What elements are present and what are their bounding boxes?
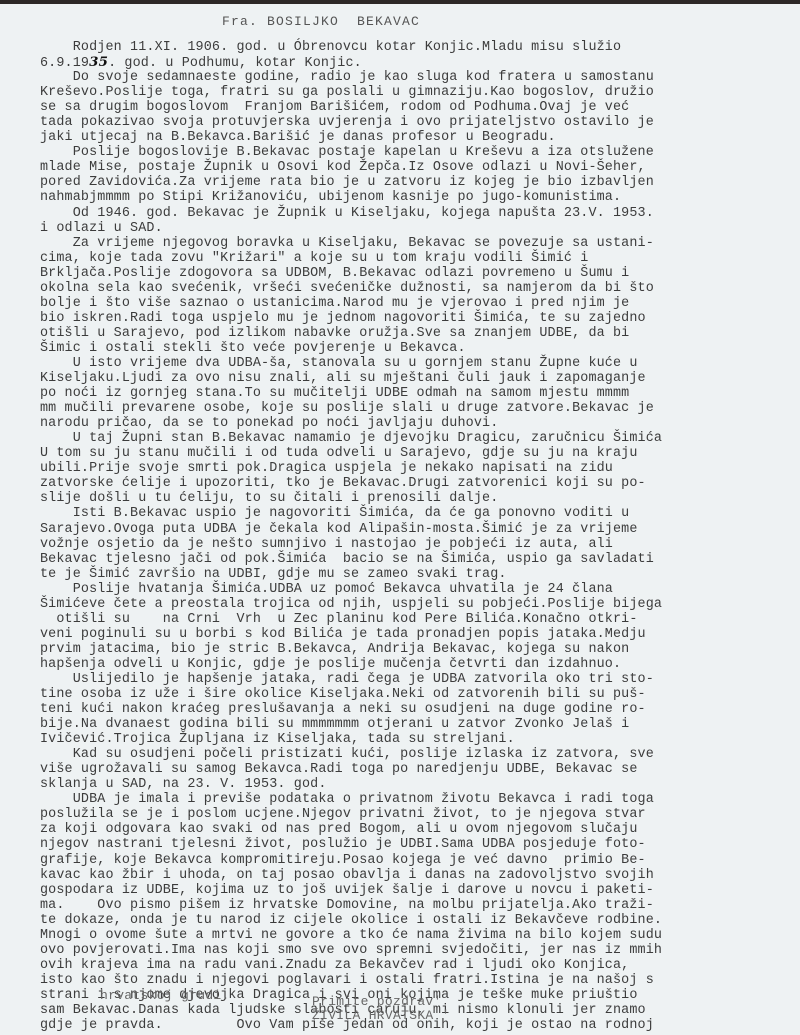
text-line: prvim jatacima, bio je stric B.Bekavca, …	[40, 642, 780, 657]
text-line: njegov nastrani tjelesni život, poslužio…	[40, 837, 780, 852]
text-line: ubili.Prije svoje smrti pok.Dragica uspj…	[40, 461, 780, 476]
text-line: te je Šimić završio na UDBI, gdje mu se …	[40, 567, 780, 582]
text-line: sklanja u SAD, na 23. V. 1953. god.	[40, 777, 780, 792]
text-line: Poslije hvatanja Šimića.UDBA uz pomoć Be…	[40, 582, 780, 597]
text-line: Šimićeve čete a preostala trojica od nji…	[40, 597, 780, 612]
text-line: veni poginuli su u borbi s kod Bilića je…	[40, 627, 780, 642]
text-line: gospodara iz UDBE, kojima uz to još uvij…	[40, 883, 780, 898]
text-line: jaki utjecaj na B.Bekavca.Barišić je dan…	[40, 130, 780, 145]
text-line: kavac kao žbir i uhoda, on taj posao oba…	[40, 868, 780, 883]
text-line: Za vrijeme njegovog boravka u Kiseljaku,…	[40, 236, 780, 251]
handwritten-correction: 35	[89, 54, 108, 70]
text-line: ma. Ovo pismo pišem iz hrvatske Domovine…	[40, 898, 780, 913]
text-line: Uslijedilo je hapšenje jataka, radi čega…	[40, 672, 780, 687]
typewritten-page: Fra. BOSILJKO BEKAVAC Rodjen 11.XI. 1906…	[0, 4, 800, 1035]
text-line: mm mučili prevarene osobe, koje su posli…	[40, 401, 780, 416]
text-line: Šimic i ostali stekli što veće povjerenj…	[40, 341, 780, 356]
text-line: Bekavac tjelesno jači od pok.Šimića baci…	[40, 552, 780, 567]
text-line: po noći iz gornjeg stana.To su mučitelji…	[40, 386, 780, 401]
text-line: Od 1946. god. Bekavac je Župnik u Kiselj…	[40, 206, 780, 221]
text-line: hapšenja odveli u Konjic, gdje je poslij…	[40, 657, 780, 672]
text-line: U taj Župni stan B.Bekavac namamio je dj…	[40, 431, 780, 446]
text-line: Isti B.Bekavac uspio je nagovoriti Šimić…	[40, 506, 780, 521]
text-line: i odlazi u SAD.	[40, 221, 780, 236]
text-line: zatvorske ćelije i upozoriti, tko je Bek…	[40, 476, 780, 491]
text-line: nahmabjmmmm po Stipi Križanoviću, ubijen…	[40, 190, 780, 205]
text-line: Ivičević.Trojica Župljana iz Kiseljaka, …	[40, 732, 780, 747]
text-line: UDBA je imala i previše podataka o priva…	[40, 792, 780, 807]
text-line: Kreševo.Poslije toga, fratri su ga posla…	[40, 85, 780, 100]
text-line: Kiseljaku.Ljudi za ovo nisu znali, ali s…	[40, 371, 780, 386]
text-line: Sarajevo.Ovoga puta UDBA je čekala kod A…	[40, 522, 780, 537]
text-line: 6.9.1935. god. u Podhumu, kotar Konjic.	[40, 55, 780, 70]
text-line: tada pokazivao svoja protuvjerska uvjere…	[40, 115, 780, 130]
greeting: Primite pozdrav'	[312, 994, 442, 1009]
text-line: Kad su osudjeni počeli pristizati kući, …	[40, 747, 780, 762]
text-line: okolna sela kao svećenik, vršeći svećeni…	[40, 281, 780, 296]
text-line: bolje i što više saznao o ustanicima.Nar…	[40, 296, 780, 311]
text-line: Brkljača.Poslije zdogovora sa UDBOM, B.B…	[40, 266, 780, 281]
document-title: Fra. BOSILJKO BEKAVAC	[222, 14, 420, 29]
text-line: isto kao što znadu i njegovi poglavari i…	[40, 973, 780, 988]
text-line: teni kući nakon kraćeg preslušavanja a n…	[40, 702, 780, 717]
text-line: U tom su ju stanu mučili i od tuda odvel…	[40, 446, 780, 461]
text-line: otišli u Sarajevo, pod izlikom nabavke o…	[40, 326, 780, 341]
text-line: više ugrožavali su samog Bekavca.Radi to…	[40, 762, 780, 777]
text-line: U isto vrijeme dva UDBA-ša, stanovala su…	[40, 356, 780, 371]
text-line: vožnje osjetio da je nešto sumnjivo i na…	[40, 537, 780, 552]
text-line: Mnogi o ovome šute a mrtvi ne govore a t…	[40, 928, 780, 943]
text-line: za koji odgovara kao svaki od nas pred B…	[40, 822, 780, 837]
text-line: mlade Mise, postaje Župnik u Osovi kod Ž…	[40, 160, 780, 175]
text-line: poslužila se je i poslom ucjene.Njegov p…	[40, 807, 780, 822]
text-line: pored Zavidovića.Za vrijeme rata bio je …	[40, 175, 780, 190]
text-line: se sa drugim bogoslovom Franjom Barišiće…	[40, 100, 780, 115]
text-line: slije došli u tu ćeliju, to su čitali i …	[40, 491, 780, 506]
text-line: grafije, koje Bekavca kompromitireju.Pos…	[40, 853, 780, 868]
text-line: otišli su na Crni Vrh u Zec planinu kod …	[40, 612, 780, 627]
sign-off: ŽIVILA HRVATSKA '	[312, 1008, 450, 1023]
text-line: Do svoje sedamnaeste godine, radio je ka…	[40, 70, 780, 85]
document-body: Rodjen 11.XI. 1906. god. u Óbrenovcu kot…	[40, 40, 780, 1033]
text-line: bio iskren.Radi toga uspjelo mu je jedno…	[40, 311, 780, 326]
text-line: tine osoba iz uže i šire okolice Kiselja…	[40, 687, 780, 702]
text-line: Poslije bogoslovije B.Bekavac postaje ka…	[40, 145, 780, 160]
text-line: narodu pričao, da se to ponekad po noći …	[40, 416, 780, 431]
text-line: te dokaze, onda je tu narod iz cijele ok…	[40, 913, 780, 928]
text-line: cima, koje tada zovu "Križari" a koje su…	[40, 251, 780, 266]
text-line: Rodjen 11.XI. 1906. god. u Óbrenovcu kot…	[40, 40, 780, 55]
text-line: bije.Na dvanaest godina bili su mmmmmmm …	[40, 717, 780, 732]
text-line: ovih krajeva ima na radu vani.Znadu za B…	[40, 958, 780, 973]
closing-line: hrvatskoj grudi.	[100, 988, 230, 1003]
text-line: ovo povjerovati.Ima nas koji smo sve ovo…	[40, 943, 780, 958]
